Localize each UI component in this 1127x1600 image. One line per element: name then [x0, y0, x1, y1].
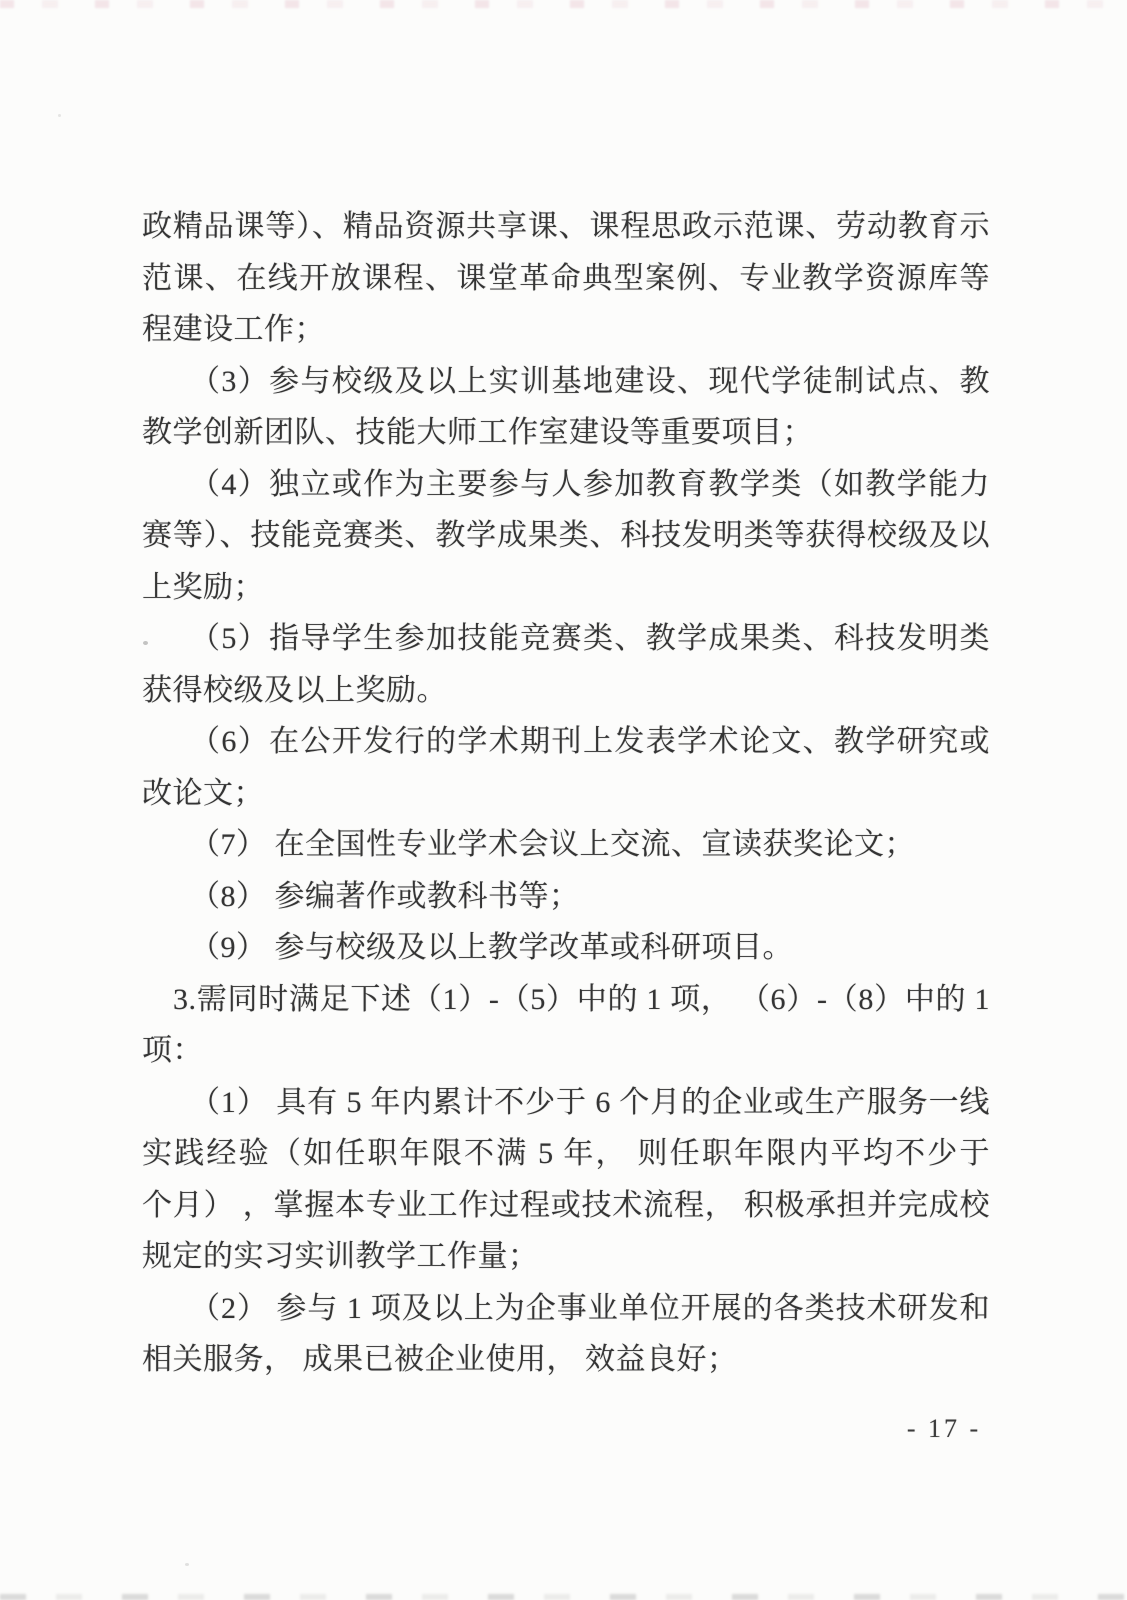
scan-speck [143, 641, 148, 645]
text-line: 相关服务， 成果已被企业使用， 效益良好； [142, 1334, 990, 1386]
text-line: （9） 参与校级及以上教学改革或科研项目。 [142, 922, 990, 974]
text-line: 获得校级及以上奖励。 [142, 665, 990, 717]
text-line: （8） 参编著作或教科书等； [142, 871, 990, 923]
text-line: （5）指导学生参加技能竞赛类、教学成果类、科技发明类等 [142, 613, 990, 665]
text-line: 范课、在线开放课程、课堂革命典型案例、专业教学资源库等课 [142, 253, 990, 305]
text-line: 项： [142, 1025, 990, 1077]
text-line: 上奖励； [142, 562, 990, 614]
text-line: （4）独立或作为主要参与人参加教育教学类（如教学能力比 [142, 459, 990, 511]
text-line: 实践经验（如任职年限不满 5 年， 则任职年限内平均不少于 1.2 [142, 1128, 990, 1180]
text-line: （2） 参与 1 项及以上为企事业单位开展的各类技术研发和 [142, 1283, 990, 1335]
text-line: 改论文； [142, 768, 990, 820]
text-line: 赛等）、技能竞赛类、教学成果类、科技发明类等获得校级及以 [142, 510, 990, 562]
text-line: （6）在公开发行的学术期刊上发表学术论文、教学研究或教 [142, 716, 990, 768]
text-line: 规定的实习实训教学工作量； [142, 1231, 990, 1283]
text-line: 教学创新团队、技能大师工作室建设等重要项目； [142, 407, 990, 459]
text-line: （7） 在全国性专业学术会议上交流、宣读获奖论文； [142, 819, 990, 871]
text-block: 政精品课等）、精品资源共享课、课程思政示范课、劳动教育示范课、在线开放课程、课堂… [142, 201, 990, 1386]
text-line: 3.需同时满足下述（1）-（5）中的 1 项， （6）-（8）中的 1 [142, 974, 990, 1026]
text-line: 程建设工作； [142, 304, 990, 356]
text-line: 政精品课等）、精品资源共享课、课程思政示范课、劳动教育示 [142, 201, 990, 253]
page-number: - 17 - [888, 1414, 1000, 1444]
scan-speck [185, 1563, 189, 1566]
document-page: 政精品课等）、精品资源共享课、课程思政示范课、劳动教育示范课、在线开放课程、课堂… [0, 0, 1127, 1600]
text-line: 个月） ，掌握本专业工作过程或技术流程， 积极承担并完成校级 [142, 1180, 990, 1232]
text-line: （3）参与校级及以上实训基地建设、现代学徒制试点、教师 [142, 356, 990, 408]
text-line: （1） 具有 5 年内累计不少于 6 个月的企业或生产服务一线 [142, 1077, 990, 1129]
scan-speck [58, 114, 61, 117]
scan-artifact-top [0, 0, 1127, 8]
scan-artifact-bottom [0, 1594, 1127, 1600]
